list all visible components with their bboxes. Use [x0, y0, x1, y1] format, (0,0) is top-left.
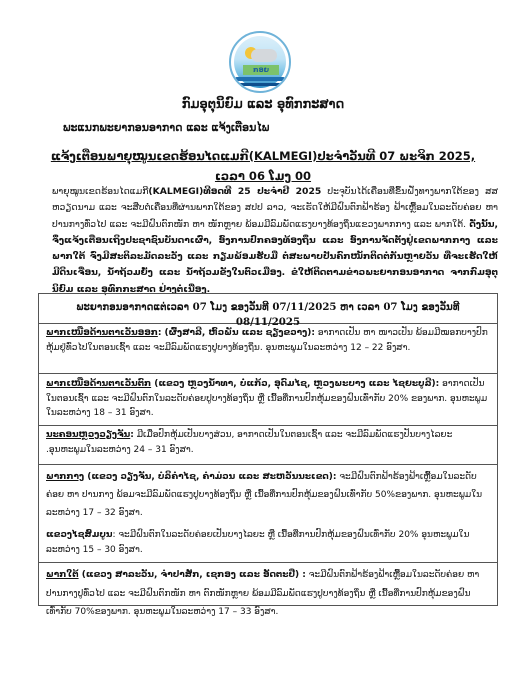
- region-northeast: ພາກເໜືອດ້ານຕາເວັນອອກ: (ຜົ້ງສາລີ, ຫົວພັນ …: [39, 324, 497, 374]
- title-line-1: ແຈ້ງເຕືອນພາຍຸໝູນເຂດຮ້ອນໄດແມກີ(KALMEGI)ປະ…: [40, 146, 486, 166]
- region-central: ພາກກາງ (ແຂວງ ວຽງຈັນ, ບໍລິຄຳໄຊ, ຄຳມ່ວນ ແລ…: [39, 465, 497, 563]
- title-line-2: ເວລາ 06 ໂມງ 00: [40, 166, 486, 186]
- region-label: ພາກໃຕ້: [46, 570, 79, 580]
- region-provinces: : (ຜົ້ງສາລີ, ຫົວພັນ ແລະ ຊຽງຂວາງ):: [158, 328, 315, 338]
- wave-icon: [237, 83, 283, 86]
- wave-icon: [235, 77, 285, 81]
- department-logo: ກອຍ: [229, 31, 291, 93]
- subregion-label: ແຂວງໄຊສົມບູນ: [46, 530, 112, 540]
- region-northwest: ພາກເໜືອດ້ານຕາເວັນຕົກ (ແຂວງ ຫຼວງນ້ຳທາ, ບໍ…: [39, 374, 497, 426]
- region-label: ພາກເໜືອດ້ານຕາເວັນອອກ: [46, 328, 158, 338]
- document-title: ແຈ້ງເຕືອນພາຍຸໝູນເຂດຮ້ອນໄດແມກີ(KALMEGI)ປະ…: [40, 146, 486, 186]
- region-south: ພາກໃຕ້ (ແຂວງ ສາລະວັນ, ຈຳປາສັກ, ເຊກອງ ແລະ…: [39, 563, 497, 622]
- warning-text: ດັ່ງນັ້ນ, ຈຶ່ງແຈ້ງເຕືອນເຖິງປະຊາຊົນບັນດາເ…: [52, 219, 498, 295]
- region-label: ນະຄອນຫຼວງວຽງຈັນ: [46, 430, 130, 440]
- logo-text: ກອຍ: [243, 65, 279, 75]
- region-provinces: (ແຂວງ ຫຼວງນ້ຳທາ, ບໍ່ແກ້ວ, ອຸດົມໄຊ, ຫຼວງພ…: [151, 379, 439, 389]
- intro-text-1: ພາຍຸໝູນເຂດຮ້ອນໄດແມກີ: [52, 186, 148, 197]
- region-label: ພາກກາງ: [46, 472, 84, 482]
- forecast-header: ພະຍາກອນອາກາດແຕ່ເວລາ 07 ໂມງ ຂອງວັນທີ 07/1…: [39, 294, 497, 324]
- region-vientiane-capital: ນະຄອນຫຼວງວຽງຈັນ: ມີເມື່ອປົກຫຸ້ມເປັນບາງສ່…: [39, 426, 497, 465]
- forecast-table: ພະຍາກອນອາກາດແຕ່ເວລາ 07 ໂມງ ຂອງວັນທີ 07/1…: [38, 293, 498, 606]
- region-provinces: (ແຂວງ ສາລະວັນ, ຈຳປາສັກ, ເຊກອງ ແລະ ອັດຕະປ…: [79, 570, 306, 580]
- ministry-name: ກົມອຸຕຸນິຍົມ ແລະ ອຸທົກກະສາດ: [0, 97, 526, 112]
- storm-name: (KALMEGI)ທີອດທີ 25 ປະຈຳປີ 2025: [148, 186, 321, 197]
- subregion-xaisomboun: ແຂວງໄຊສົມບູນ: ຈະມີຝົນຕົກໃນລະດັບຄ່ອຍເປັນບ…: [46, 528, 490, 557]
- region-provinces: (ແຂວງ ວຽງຈັນ, ບໍລິຄຳໄຊ, ຄຳມ່ວນ ແລະ ສະຫວັ…: [84, 472, 336, 482]
- region-label: ພາກເໜືອດ້ານຕາເວັນຕົກ: [46, 379, 151, 389]
- cloud-icon: [251, 49, 277, 62]
- intro-paragraph: ພາຍຸໝູນເຂດຮ້ອນໄດແມກີ(KALMEGI)ທີອດທີ 25 ປ…: [52, 184, 498, 298]
- division-name: ພະແນກພະຍາກອນອາກາດ ແລະ ແຈ້ງເຕືອນໄພ: [63, 121, 269, 134]
